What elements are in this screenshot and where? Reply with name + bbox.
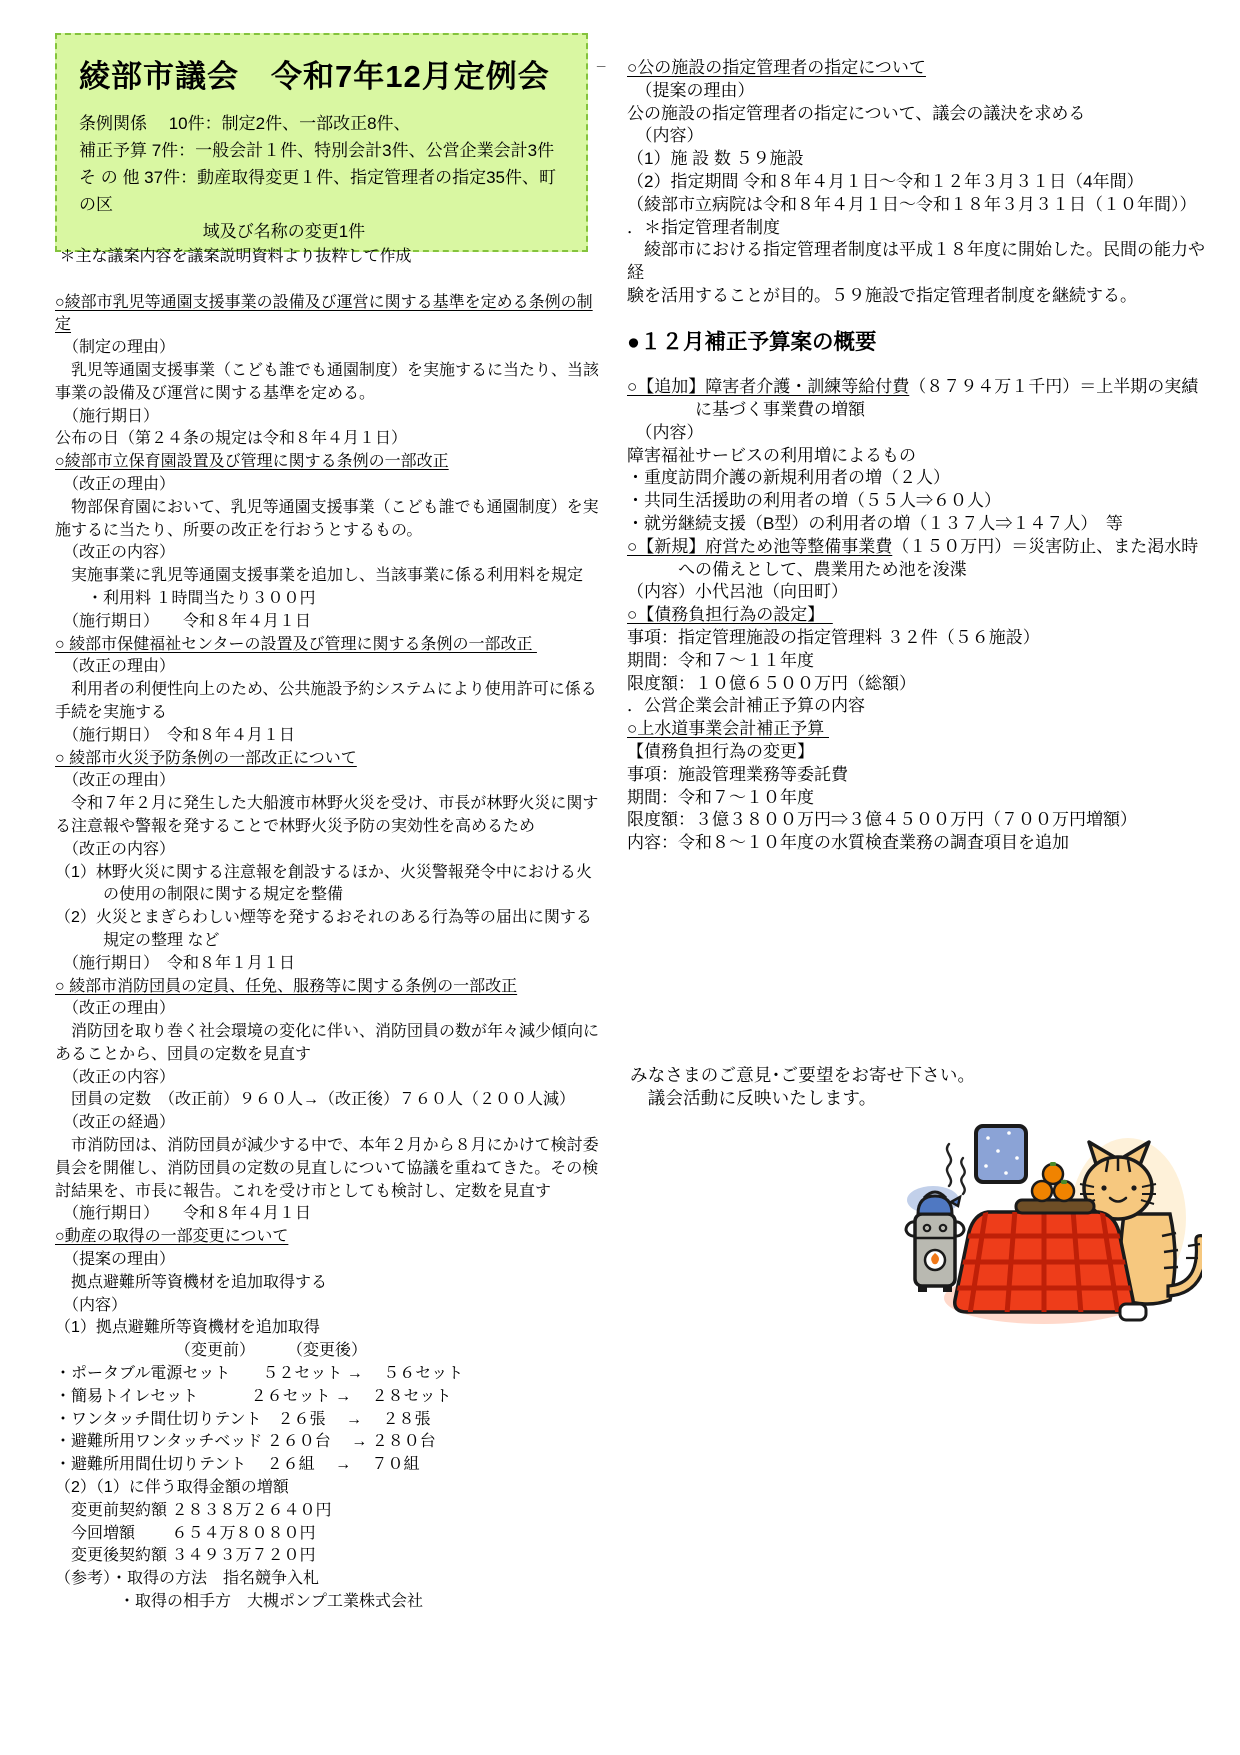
text-line: （変更前） （変更後） — [55, 1340, 615, 1363]
text-line: 物部保育園において、乳児等通園支援事業（こども誰でも通園制度）を実 — [55, 497, 615, 520]
section-heading: ○綾部市立保育園設置及び管理に関する条例の一部改正 — [55, 451, 615, 474]
text-line: 今回増額 ６５４万８０８０円 — [55, 1523, 615, 1546]
section-heading: 定 — [55, 314, 615, 337]
left-column: ＊主な議案内容を議案説明資料より抜粋して作成 ○綾部市乳児等通園支援事業の設備及… — [55, 246, 615, 1614]
text-line: 期間：令和７～１１年度 — [627, 650, 1212, 673]
section-heading: ○綾部市乳児等通園支援事業の設備及び運営に関する基準を定める条例の制 — [55, 292, 615, 315]
text-line: 員会を開催し、消防団員の定数の見直しについて協議を重ねてきた。その検 — [55, 1158, 615, 1181]
text-line: 限度額：１０億６５００万円（総額） — [627, 673, 1212, 696]
text-line: （内容）小代呂池（向田町） — [627, 581, 1212, 604]
text-line: ・避難所用間仕切りテント ２６組 → ７０組 — [55, 1454, 615, 1477]
text-line — [627, 353, 1212, 376]
text-line: （1）林野火災に関する注意報を創設するほか、火災警報発令中における火 — [55, 862, 615, 885]
winter-illustration-svg — [866, 1118, 1202, 1328]
text-line: 団員の定数 （改正前）９６０人→（改正後）７６０人（２００人減） — [55, 1089, 615, 1112]
heading-segment: ○【新規】府営ため池等整備事業費 — [627, 537, 892, 556]
newsletter-page: { "colors": { "box_bg": "#d9f7a2", "box_… — [0, 0, 1240, 1755]
text-line: 市消防団は、消防団員が減少する中で、本年２月から８月にかけて検討委 — [55, 1135, 615, 1158]
text-line: 実施事業に乳児等通園支援事業を追加し、当該事業に係る利用料を規定 — [55, 565, 615, 588]
page-title: 綾部市議会 令和7年12月定例会 — [79, 51, 566, 96]
text-line: （施行期日） 令和８年４月１日 — [55, 725, 615, 748]
section-heading: ○上水道事業会計補正予算 — [627, 718, 1212, 741]
text-line: 変更前契約額 ２８３８万２６４０円 — [55, 1500, 615, 1523]
text-line: （施行期日） 令和８年１月１日 — [55, 953, 615, 976]
text-line: 限度額：３億３８００万円⇒３億４５００万円（７００万円増額） — [627, 809, 1212, 832]
text-line: （改正の内容） — [55, 1067, 615, 1090]
text-segment: （８７９４万１千円）＝上半期の実績 — [909, 377, 1198, 396]
text-line: そ の 他 37件：動産取得変更１件、指定管理者の指定35件、町の区 — [79, 164, 566, 218]
section-heading: ○ 綾部市保健福祉センターの設置及び管理に関する条例の一部改正 — [55, 634, 615, 657]
text-line: （改正の経過） — [55, 1112, 615, 1135]
text-line: 消防団を取り巻く社会環境の変化に伴い、消防団員の数が年々減少傾向に — [55, 1021, 615, 1044]
text-line: （2）指定期間 令和８年４月１日～令和１２年３月３１日（4年間） — [627, 171, 1212, 194]
text-line: ○【追加】障害者介護・訓練等給付費（８７９４万１千円）＝上半期の実績 — [627, 376, 1212, 399]
right-column: ○公の施設の指定管理者の指定について （提案の理由）公の施設の指定管理者の指定に… — [627, 57, 1212, 855]
text-line: （提案の理由） — [55, 1249, 615, 1272]
steam-icon — [947, 1144, 965, 1194]
text-line: 障害福祉サービスの利用増によるもの — [627, 445, 1212, 468]
text-line: （綾部市立病院は令和８年４月１日～令和１８年３月３１日（１０年間）） — [627, 194, 1212, 217]
text-line: 条例関係 10件：制定2件、一部改正8件、 — [79, 110, 566, 137]
text-line: （制定の理由） — [55, 337, 615, 360]
text-line: 利用者の利便性向上のため、公共施設予約システムにより使用許可に係る — [55, 679, 615, 702]
text-line: （施行期日） — [55, 406, 615, 429]
text-line: ・避難所用ワンタッチベッド ２６０台 → ２８０台 — [55, 1431, 615, 1454]
text-line: 公布の日（第２４条の規定は令和８年４月１日） — [55, 428, 615, 451]
section-heading: ○【債務負担行為の設定】 — [627, 604, 1212, 627]
text-line: ・就労継続支援（B型）の利用者の増（１３７人⇒１４７人） 等 — [627, 513, 1212, 536]
section-heading: ○ 綾部市消防団員の定員、任免、服務等に関する条例の一部改正 — [55, 976, 615, 999]
text-line: 変更後契約額 ３４９３万７２０円 — [55, 1545, 615, 1568]
text-line: （改正の理由） — [55, 998, 615, 1021]
text-line: 規定の整理 など — [55, 930, 615, 953]
text-line: 内容：令和８～１０年度の水質検査業務の調査項目を追加 — [627, 832, 1212, 855]
text-line: （内容） — [627, 125, 1212, 148]
text-line: あることから、団員の定数を見直す — [55, 1044, 615, 1067]
text-line: （参考）・取得の方法 指名競争入札 — [55, 1568, 615, 1591]
text-line: ・利用料 １時間当たり３００円 — [55, 588, 615, 611]
section-title: ●１２月補正予算案の概要 — [627, 331, 1212, 354]
section-heading: ○ 綾部市火災予防条例の一部改正について — [55, 748, 615, 771]
stray-underscore-mark: _ — [597, 52, 605, 69]
text-line: 乳児等通園支援事業（こども誰でも通園制度）を実施するに当たり、当該 — [55, 360, 615, 383]
text-line: ・ポータブル電源セット ５２セット → ５６セット — [55, 1363, 615, 1386]
text-line — [55, 269, 615, 292]
text-line: 拠点避難所等資機材を追加取得する — [55, 1272, 615, 1295]
text-line: ・取得の相手方 大槻ポンプ工業株式会社 — [55, 1591, 615, 1614]
text-line: 施するに当たり、所要の改正を行おうとするもの。 — [55, 520, 615, 543]
text-line: 事項：指定管理施設の指定管理料 ３２件（５６施設） — [627, 627, 1212, 650]
text-line: 討結果を、市長に報告。これを受け市としても検討し、定数を見直す — [55, 1181, 615, 1204]
snow-window-icon — [976, 1126, 1026, 1182]
text-line: 綾部市における指定管理者制度は平成１８年度に開始した。民間の能力や経 — [627, 239, 1212, 285]
text-line: （1）施 設 数 ５９施設 — [627, 148, 1212, 171]
text-line: （施行期日） 令和８年４月１日 — [55, 611, 615, 634]
text-line: 議会活動に反映いたします。 — [630, 1087, 975, 1110]
stove-icon — [906, 1186, 964, 1292]
text-line: に基づく事業費の増額 — [627, 399, 1212, 422]
text-line — [627, 308, 1212, 331]
text-line: （改正の内容） — [55, 839, 615, 862]
text-line: （2）（1）に伴う取得金額の増額 — [55, 1477, 615, 1500]
text-line: ・簡易トイレセット ２６セット → ２８セット — [55, 1386, 615, 1409]
winter-illustration — [866, 1118, 1202, 1328]
text-line: 験を活用することが目的。５９施設で指定管理者制度を継続する。 — [627, 285, 1212, 308]
text-line: る注意報や警報を発することで林野火災予防の実効性を高めるため — [55, 816, 615, 839]
text-line: （改正の理由） — [55, 474, 615, 497]
text-line: ・重度訪問介護の新規利用者の増（２人） — [627, 467, 1212, 490]
text-line: （改正の理由） — [55, 770, 615, 793]
text-line: 令和７年２月に発生した大船渡市林野火災を受け、市長が林野火災に関す — [55, 793, 615, 816]
text-line: の使用の制限に関する規定を整備 — [55, 884, 615, 907]
text-line: 公の施設の指定管理者の指定について、議会の議決を求める — [627, 103, 1212, 126]
text-line: 事業の設備及び運営に関する基準を定める。 — [55, 383, 615, 406]
cat-paw-icon — [1120, 1304, 1146, 1320]
orange-fruits-icon — [1032, 1162, 1074, 1201]
text-line: ＊主な議案内容を議案説明資料より抜粋して作成 — [55, 246, 615, 269]
text-line: （内容） — [627, 422, 1212, 445]
text-line: （改正の内容） — [55, 542, 615, 565]
text-line: 域及び名称の変更1件 — [79, 218, 566, 245]
text-line: ．公営企業会計補正予算の内容 — [627, 695, 1212, 718]
text-line: 事項：施設管理業務等委託費 — [627, 764, 1212, 787]
header-summary-box: 綾部市議会 令和7年12月定例会 条例関係 10件：制定2件、一部改正8件、補正… — [55, 33, 588, 252]
text-line: （内容） — [55, 1295, 615, 1318]
text-line: （改正の理由） — [55, 656, 615, 679]
text-line: みなさまのご意見･ご要望をお寄せ下さい。 — [630, 1064, 975, 1087]
text-line: 手続を実施する — [55, 702, 615, 725]
footer-feedback-message: みなさまのご意見･ご要望をお寄せ下さい。 議会活動に反映いたします。 — [630, 1064, 975, 1110]
heading-segment: ○【追加】障害者介護・訓練等給付費 — [627, 377, 909, 396]
text-line: ・ワンタッチ間仕切りテント ２６張 → ２８張 — [55, 1409, 615, 1432]
section-heading: ○動産の取得の一部変更について — [55, 1226, 615, 1249]
text-line: ．＊指定管理者制度 — [627, 217, 1212, 240]
section-heading: ○公の施設の指定管理者の指定について — [627, 57, 1212, 80]
text-line: への備えとして、農業用ため池を浚渫 — [627, 559, 1212, 582]
text-line: 【債務負担行為の変更】 — [627, 741, 1212, 764]
text-line: （2）火災とまぎらわしい煙等を発するおそれのある行為等の届出に関する — [55, 907, 615, 930]
text-line: （1）拠点避難所等資機材を追加取得 — [55, 1317, 615, 1340]
bill-summary-lines: 条例関係 10件：制定2件、一部改正8件、補正予算 7件：一般会計１件、特別会計… — [79, 110, 566, 245]
text-line: （施行期日） 令和８年４月１日 — [55, 1203, 615, 1226]
text-line: ・共同生活援助の利用者の増（５５人⇒６０人） — [627, 490, 1212, 513]
text-line: 期間：令和７～１０年度 — [627, 787, 1212, 810]
text-line: 補正予算 7件：一般会計１件、特別会計3件、公営企業会計3件 — [79, 137, 566, 164]
text-segment: （１５０万円）＝災害防止、また渇水時 — [892, 537, 1198, 556]
text-line: （提案の理由） — [627, 80, 1212, 103]
text-line: ○【新規】府営ため池等整備事業費（１５０万円）＝災害防止、また渇水時 — [627, 536, 1212, 559]
